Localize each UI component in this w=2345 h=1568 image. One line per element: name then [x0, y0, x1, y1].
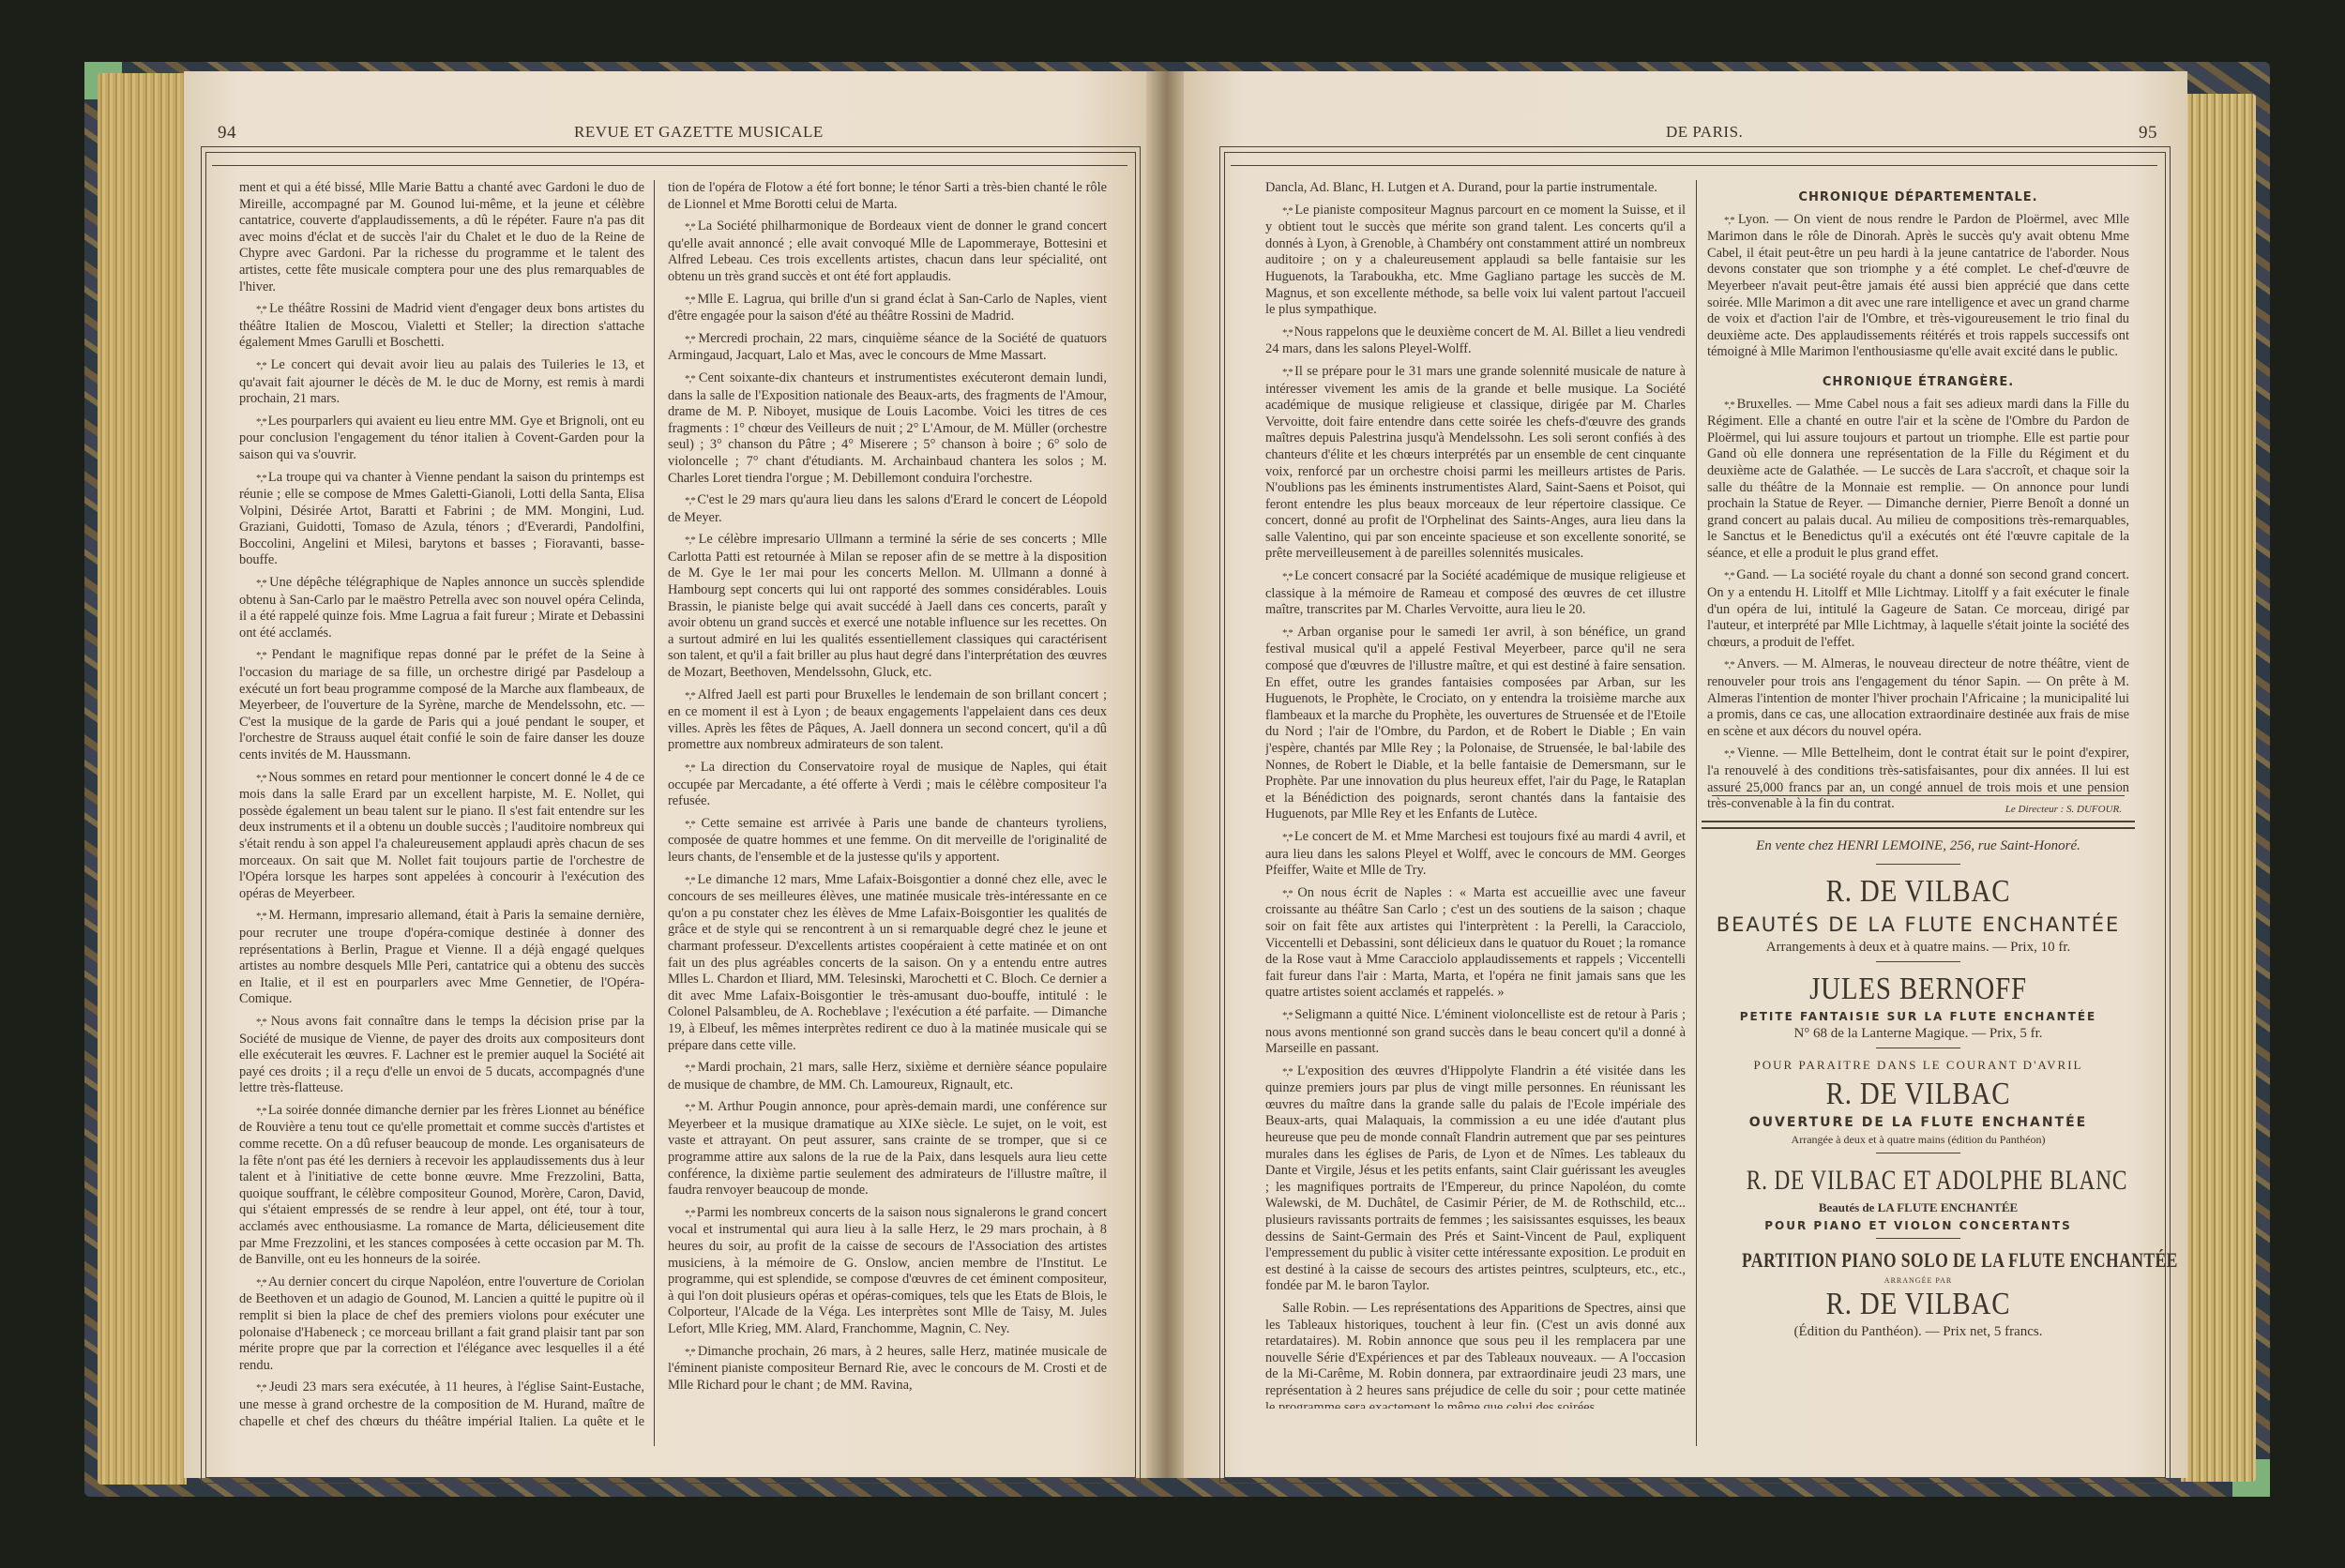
news-item: *,* Nous sommes en retard pour mentionne…	[239, 770, 644, 903]
divider	[1876, 864, 1960, 865]
asterism-icon: *,*	[256, 1106, 268, 1117]
news-item: *,* La direction du Conservatoire royal …	[668, 760, 1107, 810]
asterism-icon: *,*	[685, 690, 698, 701]
asterism-icon: *,*	[256, 1017, 271, 1028]
divider	[1876, 961, 1960, 962]
asterism-icon: *,*	[1724, 215, 1738, 226]
news-item: *,* Gand. — La société royale du chant a…	[1707, 567, 2129, 651]
asterism-icon: *,*	[1282, 888, 1297, 899]
running-head-right: DE PARIS.	[1666, 123, 1743, 142]
news-item: *,* Bruxelles. — Mme Cabel nous a fait s…	[1707, 397, 2129, 563]
news-item: *,* Mardi prochain, 21 mars, salle Herz,…	[668, 1060, 1107, 1093]
double-rule	[1702, 821, 2135, 829]
asterism-icon: *,*	[685, 221, 698, 233]
news-item: *,* Une dépêche télégraphique de Naples …	[239, 575, 644, 641]
asterism-icon: *,*	[685, 1063, 698, 1074]
ad-title: OUVERTURE DE LA FLUTE ENCHANTÉE	[1698, 1115, 2139, 1130]
asterism-icon: *,*	[256, 304, 269, 315]
news-item: *,* Le théâtre Rossini de Madrid vient d…	[239, 301, 644, 352]
ad-detail: Arrangée à deux et à quatre mains (éditi…	[1698, 1133, 2139, 1147]
ad-title: Beautés de LA FLUTE ENCHANTÉE	[1698, 1200, 2139, 1215]
asterism-icon: *,*	[685, 373, 699, 384]
asterism-icon: *,*	[256, 473, 268, 484]
news-item: *,* Dimanche prochain, 26 mars, à 2 heur…	[668, 1344, 1107, 1395]
news-item: *,* Mlle E. Lagrua, qui brille d'un si g…	[668, 292, 1107, 325]
heading-chronique-etrangere: CHRONIQUE ÉTRANGÈRE.	[1707, 374, 2129, 391]
news-item: *,* Jeudi 23 mars sera exécutée, à 11 he…	[239, 1380, 644, 1427]
asterism-icon: *,*	[256, 1382, 269, 1394]
news-item: *,* Cette semaine est arrivée à Paris un…	[668, 816, 1107, 867]
news-item: *,* Le concert qui devait avoir lieu au …	[239, 357, 644, 408]
advertisement-block: Le Directeur : S. DUFOUR. En vente chez …	[1698, 795, 2139, 1344]
page-number-left: 94	[218, 123, 236, 143]
asterism-icon: *,*	[1724, 570, 1736, 581]
asterism-icon: *,*	[1282, 627, 1297, 639]
director-signature: Le Directeur : S. DUFOUR.	[1698, 804, 2139, 815]
right-page-column-2: CHRONIQUE DÉPARTEMENTALE. *,* Lyon. — On…	[1707, 189, 2129, 819]
news-item: tion de l'opéra de Flotow a été fort bon…	[668, 180, 1107, 213]
ad-author: R. DE VILBAC ET ADOLPHE BLANC	[1747, 1163, 2091, 1199]
page-number-right: 95	[2139, 123, 2157, 143]
news-item: *,* Le célèbre impresario Ullmann a term…	[668, 532, 1107, 681]
asterism-icon: *,*	[1724, 400, 1737, 411]
news-item: *,* Lyon. — On vient de nous rendre le P…	[1707, 212, 2129, 361]
news-item: *,* C'est le 29 mars qu'aura lieu dans l…	[668, 492, 1107, 526]
asterism-icon: *,*	[1282, 327, 1294, 339]
column-divider-left	[654, 180, 655, 1446]
asterism-icon: *,*	[256, 650, 272, 661]
asterism-icon: *,*	[685, 535, 699, 546]
news-item: *,* L'exposition des œuvres d'Hippolyte …	[1265, 1063, 1686, 1295]
ad-title: PARTITION PIANO SOLO DE LA FLUTE ENCHANT…	[1742, 1248, 2095, 1273]
right-page-column-1: Dancla, Ad. Blanc, H. Lutgen et A. Duran…	[1265, 180, 1686, 1409]
left-page-column-1: ment et qui a été bissé, Mlle Marie Batt…	[239, 180, 644, 1427]
asterism-icon: *,*	[685, 334, 698, 345]
divider	[1876, 1048, 1960, 1048]
book-gutter	[1146, 71, 1188, 1478]
news-item: *,* Arban organise pour le samedi 1er av…	[1265, 625, 1686, 823]
asterism-icon: *,*	[685, 762, 701, 774]
news-item: *,* Anvers. — M. Almeras, le nouveau dir…	[1707, 656, 2129, 740]
ad-sale-line: En vente chez HENRI LEMOINE, 256, rue Sa…	[1698, 838, 2139, 854]
ad-detail: (Édition du Panthéon). — Prix net, 5 fra…	[1698, 1324, 2139, 1340]
asterism-icon: *,*	[1282, 205, 1294, 217]
news-item: *,* Le concert consacré par la Société a…	[1265, 568, 1686, 619]
news-item: *,* Le pianiste compositeur Magnus parco…	[1265, 203, 1686, 319]
news-item: *,* Mercredi prochain, 22 mars, cinquièm…	[668, 331, 1107, 365]
ad-title: BEAUTÉS DE LA FLUTE ENCHANTÉE	[1698, 913, 2139, 936]
news-item: *,* Parmi les nombreux concerts de la sa…	[668, 1205, 1107, 1338]
asterism-icon: *,*	[1724, 659, 1737, 671]
news-item: *,* Pendant le magnifique repas donné pa…	[239, 647, 644, 763]
ad-author: R. DE VILBAC	[1731, 874, 2106, 910]
news-item: *,* Le concert de M. et Mme Marchesi est…	[1265, 829, 1686, 880]
news-item: *,* M. Hermann, impresario allemand, éta…	[239, 908, 644, 1008]
heading-chronique-departementale: CHRONIQUE DÉPARTEMENTALE.	[1707, 189, 2129, 206]
ad-author: R. DE VILBAC	[1731, 1077, 2106, 1112]
news-item: *,* Seligmann a quitté Nice. L'éminent v…	[1265, 1007, 1686, 1058]
asterism-icon: *,*	[1282, 1066, 1297, 1078]
divider	[1876, 1238, 1960, 1239]
asterism-icon: *,*	[256, 360, 271, 371]
news-item: Salle Robin. — Les représentations des A…	[1265, 1301, 1686, 1409]
asterism-icon: *,*	[685, 875, 698, 886]
asterism-icon: *,*	[1724, 748, 1737, 760]
ad-by-line: ARRANGÉE PAR	[1698, 1276, 2139, 1285]
news-item: *,* La Société philharmonique de Bordeau…	[668, 219, 1107, 285]
asterism-icon: *,*	[256, 773, 268, 784]
asterism-icon: *,*	[256, 911, 268, 922]
asterism-icon: *,*	[685, 1208, 697, 1219]
running-head-left: REVUE ET GAZETTE MUSICALE	[574, 123, 824, 142]
gilt-page-edges-right	[2181, 94, 2256, 1482]
ad-notice: POUR PARAITRE DANS LE COURANT D'AVRIL	[1698, 1058, 2139, 1073]
asterism-icon: *,*	[256, 578, 269, 589]
ad-detail: POUR PIANO ET VIOLON CONCERTANTS	[1698, 1219, 2139, 1232]
news-item: *,* Nous avons fait connaître dans le te…	[239, 1014, 644, 1097]
news-item: *,* La troupe qui va chanter à Vienne pe…	[239, 470, 644, 570]
news-item: *,* Alfred Jaell est parti pour Bruxelle…	[668, 687, 1107, 754]
news-item: *,* Il se prépare pour le 31 mars une gr…	[1265, 364, 1686, 563]
asterism-icon: *,*	[1282, 367, 1294, 378]
news-item: *,* Nous rappelons que le deuxième conce…	[1265, 324, 1686, 358]
left-page-column-2: tion de l'opéra de Flotow a été fort bon…	[668, 180, 1107, 1427]
news-item: *,* M. Arthur Pougin annonce, pour après…	[668, 1099, 1107, 1199]
ad-author: JULES BERNOFF	[1731, 972, 2106, 1007]
ad-title: PETITE FANTAISIE SUR LA FLUTE ENCHANTÉE	[1698, 1010, 2139, 1023]
news-item: *,* Les pourparlers qui avaient eu lieu …	[239, 414, 644, 464]
news-item: *,* Au dernier concert du cirque Napoléo…	[239, 1274, 644, 1375]
asterism-icon: *,*	[256, 416, 268, 428]
asterism-icon: *,*	[1282, 571, 1294, 582]
asterism-icon: *,*	[685, 495, 697, 506]
gilt-page-edges-left	[98, 73, 187, 1485]
asterism-icon: *,*	[685, 294, 697, 306]
news-item: *,* Le dimanche 12 mars, Mme Lafaix-Bois…	[668, 872, 1107, 1055]
column-divider-right	[1696, 180, 1697, 1446]
ad-detail: N° 68 de la Lanterne Magique. — Prix, 5 …	[1698, 1026, 2139, 1042]
news-item: *,* Cent soixante-dix chanteurs et instr…	[668, 370, 1107, 487]
ad-detail: Arrangements à deux et à quatre mains. —…	[1698, 940, 2139, 956]
asterism-icon: *,*	[685, 1347, 698, 1358]
asterism-icon: *,*	[1282, 1010, 1294, 1021]
news-item: *,* La soirée donnée dimanche dernier pa…	[239, 1103, 644, 1269]
asterism-icon: *,*	[685, 1102, 698, 1113]
asterism-icon: *,*	[685, 819, 702, 830]
asterism-icon: *,*	[256, 1277, 268, 1289]
asterism-icon: *,*	[1282, 832, 1294, 843]
ad-author: R. DE VILBAC	[1731, 1287, 2106, 1322]
news-item: ment et qui a été bissé, Mlle Marie Batt…	[239, 180, 644, 295]
news-item: *,* On nous écrit de Naples : « Marta es…	[1265, 885, 1686, 1002]
divider	[1876, 1153, 1960, 1153]
news-item: Dancla, Ad. Blanc, H. Lutgen et A. Duran…	[1265, 180, 1686, 197]
